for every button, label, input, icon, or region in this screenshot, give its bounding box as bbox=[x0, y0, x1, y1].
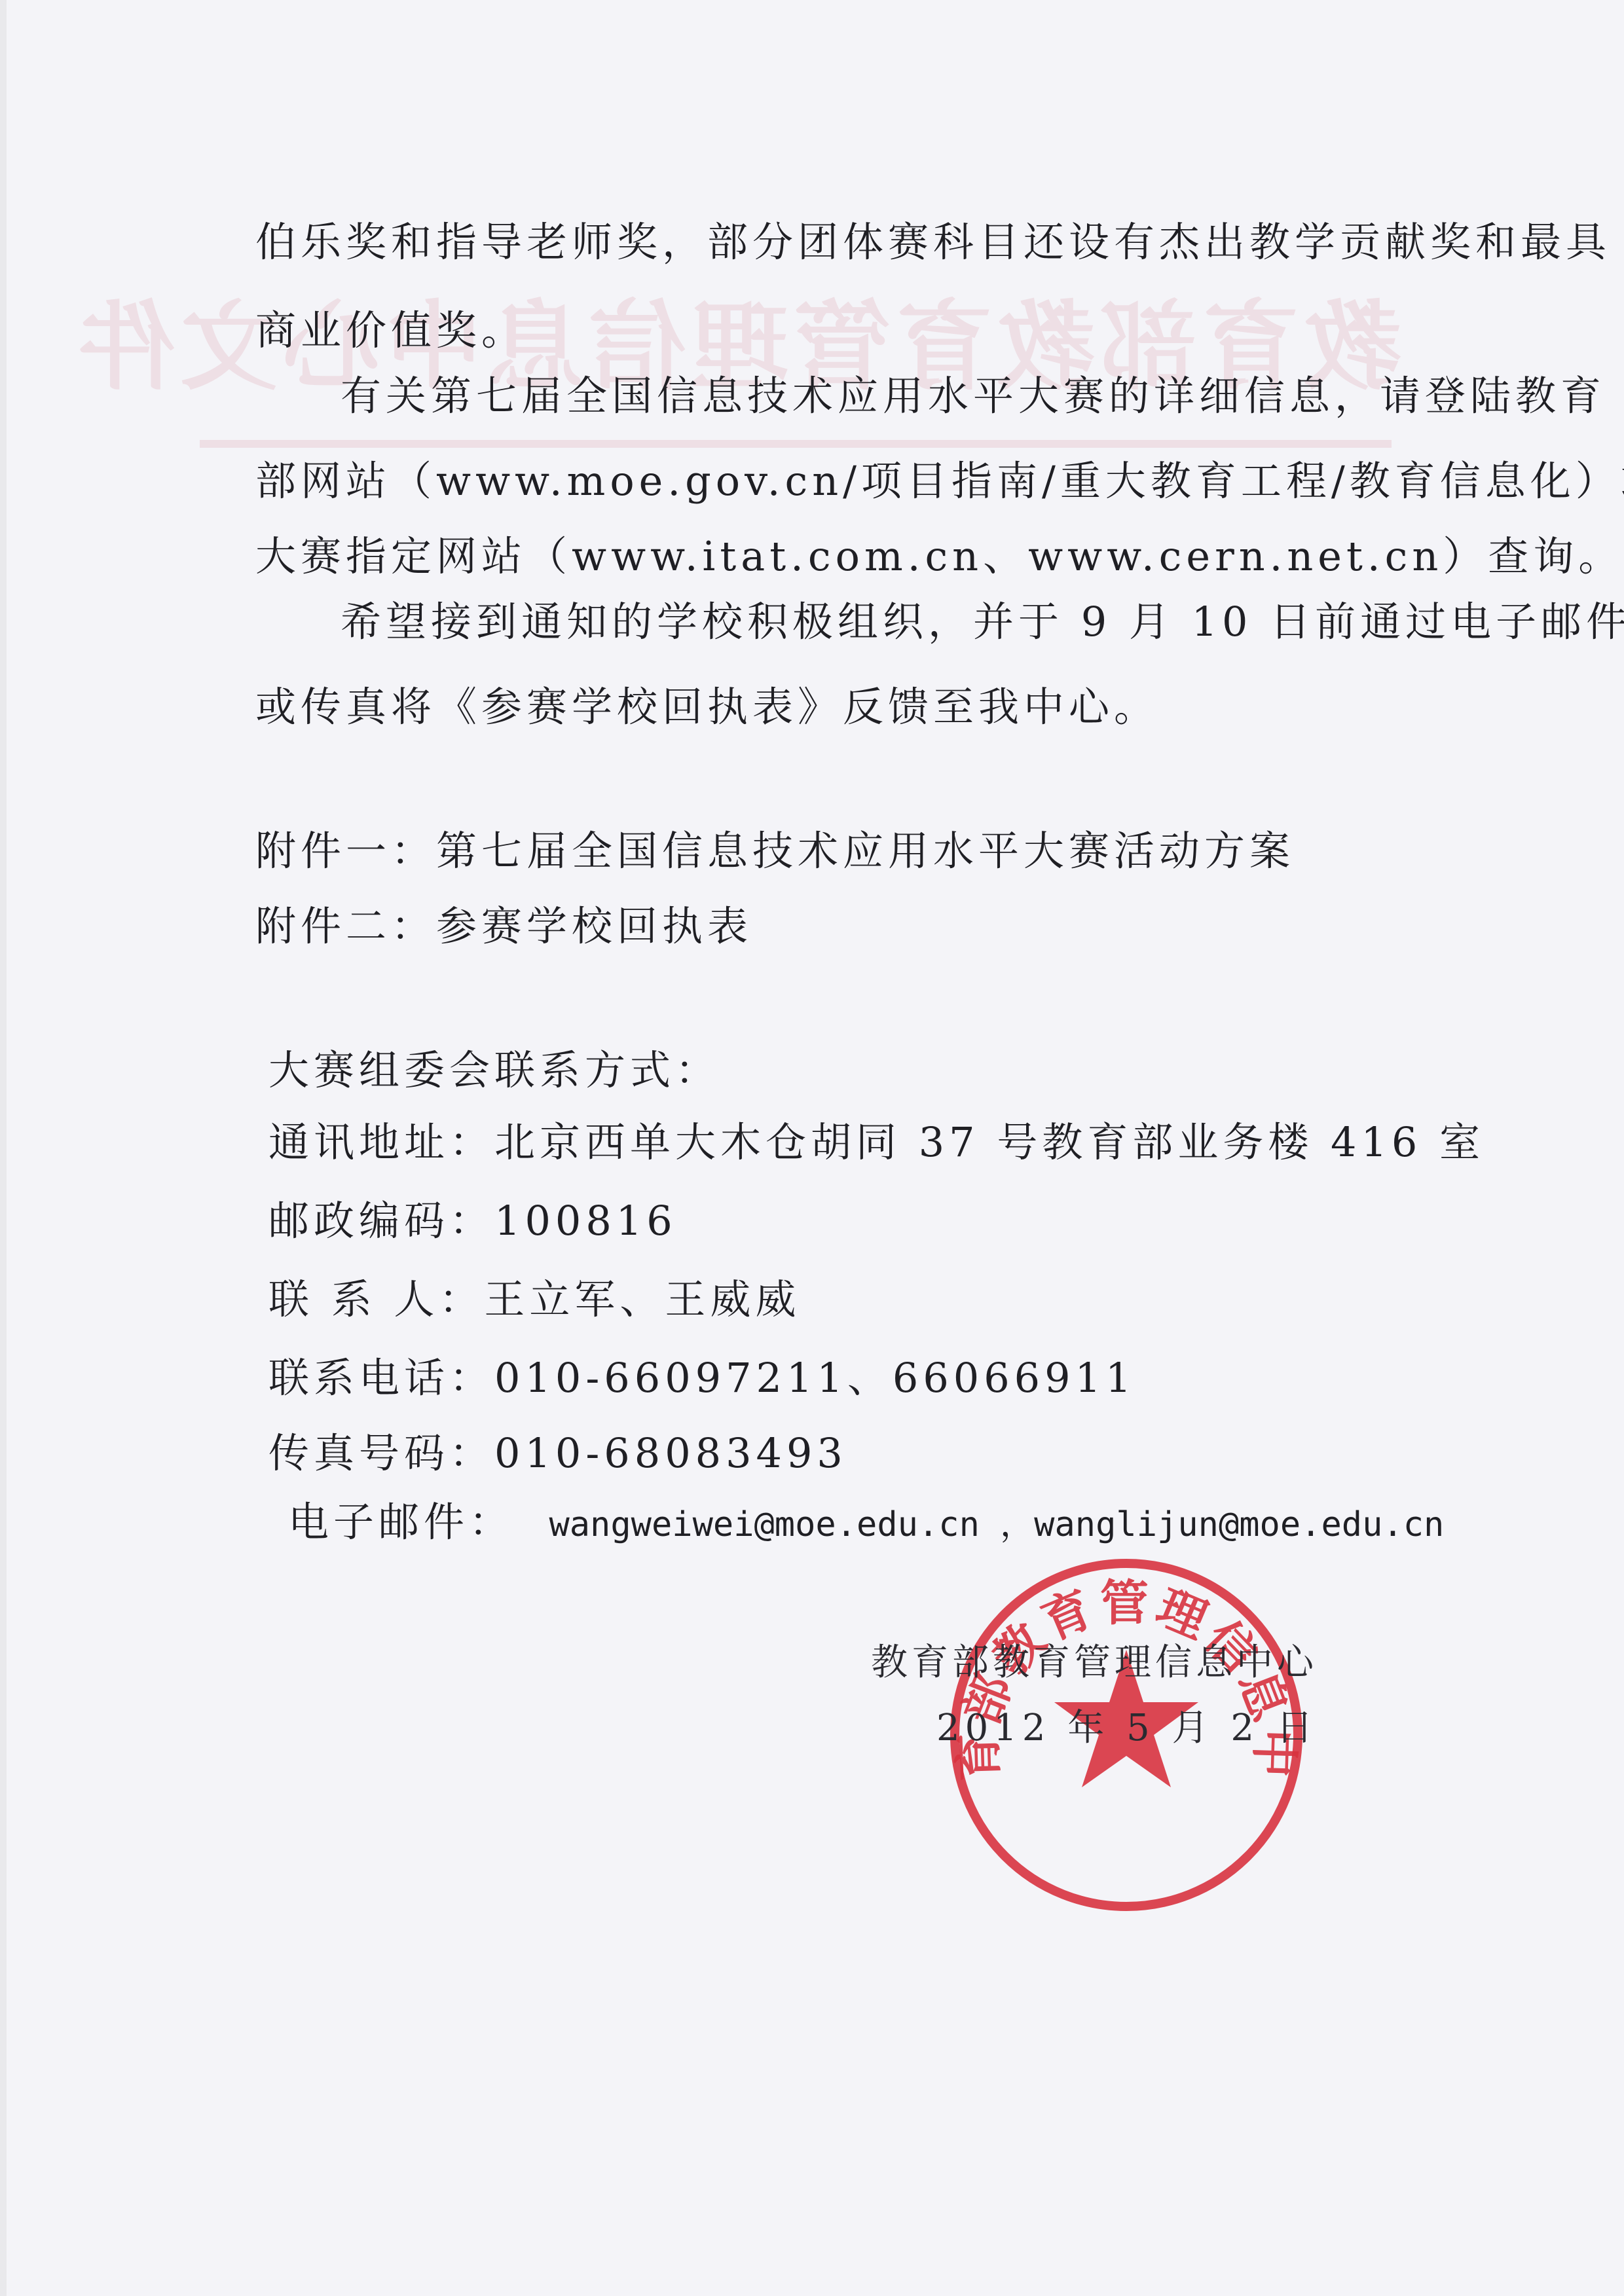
attachment-2-label: 附件二： bbox=[255, 902, 436, 950]
contact-address-value: 北京西单大木仓胡同 37 号教育部业务楼 416 室 bbox=[494, 1118, 1485, 1166]
contact-fax-label: 传真号码： bbox=[268, 1429, 494, 1477]
attachment-1-label: 附件一： bbox=[255, 827, 436, 875]
attachment-2: 附件二：参赛学校回执表 bbox=[255, 900, 752, 953]
paragraph-awards-line-2: 商业价值奖。 bbox=[255, 304, 526, 357]
contact-person-value: 王立军、王威威 bbox=[484, 1275, 800, 1323]
contact-fax-value: 010-68083493 bbox=[494, 1429, 847, 1477]
contact-postcode-label: 邮政编码： bbox=[268, 1197, 494, 1245]
contact-person: 联 系 人：王立军、王威威 bbox=[268, 1273, 800, 1326]
paragraph-info-line-2: 部网站（www.moe.gov.cn/项目指南/重大教育工程/教育信息化）或 bbox=[255, 455, 1624, 507]
paragraph-awards-line-1: 伯乐奖和指导老师奖，部分团体赛科目还设有杰出教学贡献奖和最具 bbox=[255, 216, 1611, 268]
paragraph-info-line-1: 有关第七届全国信息技术应用水平大赛的详细信息，请登陆教育 bbox=[341, 370, 1606, 422]
contact-phone-value: 010-66097211、66066911 bbox=[494, 1354, 1135, 1402]
paragraph-request-line-1: 希望接到通知的学校积极组织，并于 9 月 10 日前通过电子邮件 bbox=[341, 596, 1624, 648]
bleed-through-rule bbox=[200, 440, 1392, 448]
contact-address-label: 通讯地址： bbox=[268, 1118, 494, 1166]
contact-person-label: 联 系 人： bbox=[268, 1275, 484, 1323]
contact-postcode-value: 100816 bbox=[494, 1197, 677, 1245]
contact-postcode: 邮政编码：100816 bbox=[268, 1195, 677, 1247]
attachment-2-title: 参赛学校回执表 bbox=[436, 902, 752, 950]
attachment-1: 附件一：第七届全国信息技术应用水平大赛活动方案 bbox=[255, 825, 1295, 877]
contact-heading: 大赛组委会联系方式： bbox=[268, 1044, 720, 1097]
attachment-1-title: 第七届全国信息技术应用水平大赛活动方案 bbox=[436, 827, 1295, 875]
contact-email: 电子邮件： wangweiwei@moe.edu.cn ，wanglijun@m… bbox=[288, 1496, 1444, 1551]
contact-email-value: wangweiwei@moe.edu.cn ，wanglijun@moe.edu… bbox=[549, 1505, 1444, 1544]
contact-email-label: 电子邮件： bbox=[288, 1498, 514, 1546]
contact-phone-label: 联系电话： bbox=[268, 1354, 494, 1402]
contact-address: 通讯地址：北京西单大木仓胡同 37 号教育部业务楼 416 室 bbox=[268, 1116, 1485, 1169]
contact-phone: 联系电话：010-66097211、66066911 bbox=[268, 1352, 1135, 1404]
paragraph-request-line-2: 或传真将《参赛学校回执表》反馈至我中心。 bbox=[255, 681, 1159, 733]
contact-fax: 传真号码：010-68083493 bbox=[268, 1427, 847, 1480]
page-edge bbox=[0, 0, 7, 2296]
paragraph-info-line-3: 大赛指定网站（www.itat.com.cn、www.cern.net.cn）查… bbox=[255, 530, 1623, 583]
issue-date: 2012 年 5 月 2 日 bbox=[936, 1699, 1318, 1751]
issuer-signature: 教育部教育管理信息中心 bbox=[871, 1633, 1318, 1686]
